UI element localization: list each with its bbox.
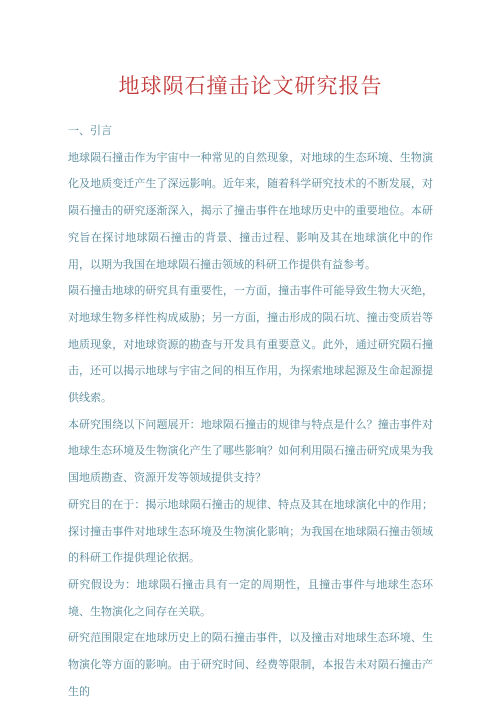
body-paragraph: 本研究围绕以下问题展开：地球陨石撞击的规律与特点是什么？撞击事件对地球生态环境及… xyxy=(68,412,433,492)
document-title: 地球陨石撞击论文研究报告 xyxy=(68,72,433,102)
body-paragraph: 研究目的在于：揭示地球陨石撞击的规律、特点及其在地球演化中的作用；探讨撞击事件对… xyxy=(68,492,433,572)
body-paragraph: 地球陨石撞击作为宇宙中一种常见的自然现象，对地球的生态环境、生物演化及地质变迁产… xyxy=(68,145,433,279)
document-page: 地球陨石撞击论文研究报告 一、引言 地球陨石撞击作为宇宙中一种常见的自然现象，对… xyxy=(0,0,500,707)
document-body: 一、引言 地球陨石撞击作为宇宙中一种常见的自然现象，对地球的生态环境、生物演化及… xyxy=(68,118,433,705)
section-heading-introduction: 一、引言 xyxy=(68,118,433,145)
body-paragraph: 研究范围限定在地球历史上的陨石撞击事件，以及撞击对地球生态环境、生物演化等方面的… xyxy=(68,625,433,705)
body-paragraph: 陨石撞击地球的研究具有重要性，一方面，撞击事件可能导致生物大灭绝，对地球生物多样… xyxy=(68,278,433,412)
body-paragraph: 研究假设为：地球陨石撞击具有一定的周期性，且撞击事件与地球生态环境、生物演化之间… xyxy=(68,572,433,625)
